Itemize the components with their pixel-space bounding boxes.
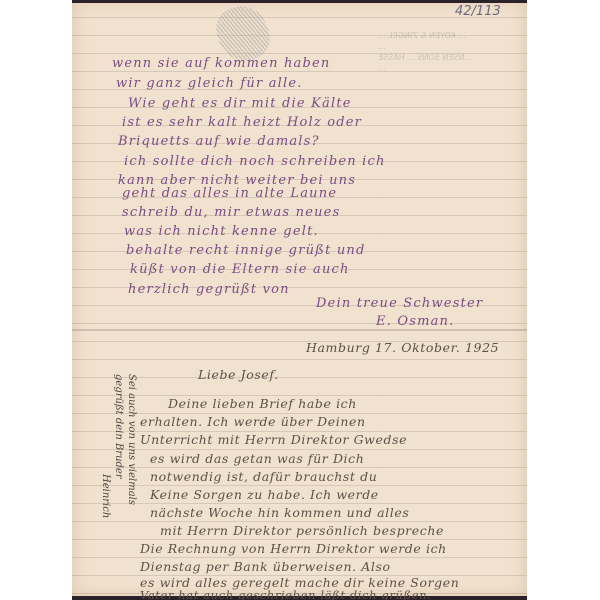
place-date: Hamburg 17. Oktober. 1925 bbox=[306, 340, 499, 355]
letter-line: Vater hat auch geschrieben läßt dich grü… bbox=[140, 588, 431, 600]
letter-line: was ich nicht kenne gelt. bbox=[124, 224, 319, 239]
letter-line: erhalten. Ich werde über Deinen bbox=[140, 414, 366, 429]
letterhead-line: ... bbox=[378, 41, 508, 52]
letter-line: Wie geht es dir mit die Kälte bbox=[128, 96, 352, 111]
letter-line: küßt von die Eltern sie auch bbox=[130, 262, 350, 277]
letter-line: Dienstag per Bank überweisen. Also bbox=[140, 559, 391, 574]
letter-line: ich sollte dich noch schreiben ich bbox=[124, 154, 386, 169]
letterhead-line: ... KOYEN & ZINGEL ... bbox=[378, 30, 508, 41]
letter-line: mit Herrn Direktor persönlich bespreche bbox=[160, 523, 444, 538]
margin-note-signature: Heinrich bbox=[99, 374, 112, 544]
letter-line: behalte recht innige grüßt und bbox=[126, 243, 366, 258]
letter-line: ist es sehr kalt heizt Holz oder bbox=[122, 115, 362, 130]
letter-line: schreib du, mir etwas neues bbox=[122, 205, 340, 220]
letterhead-line: ... bbox=[378, 63, 508, 74]
letter-line: es wird das getan was für Dich bbox=[150, 451, 364, 466]
margin-note-line: gegrüßt dein Bruder bbox=[112, 374, 125, 544]
letterhead-line: ...NSEN SONS ... HASSE bbox=[378, 52, 508, 63]
letter-line: geht das alles in alte Laune bbox=[122, 186, 337, 201]
letter-line: Deine lieben Brief habe ich bbox=[168, 396, 357, 411]
page-top-edge bbox=[72, 0, 527, 3]
letter-line: nächste Woche hin kommen und alles bbox=[150, 505, 409, 520]
letter-signature: E. Osman. bbox=[376, 314, 454, 329]
mirrored-letterhead: ... KOYEN & ZINGEL ... ... ...NSEN SONS … bbox=[378, 30, 508, 74]
letter-line: Unterricht mit Herrn Direktor Gwedse bbox=[140, 432, 407, 447]
letter-line: Die Rechnung von Herrn Direktor werde ic… bbox=[140, 541, 447, 556]
letter-line: Briquetts auf wie damals? bbox=[118, 134, 320, 149]
letter-line: wenn sie auf kommen haben bbox=[112, 56, 331, 71]
letter-line: herzlich gegrüßt von bbox=[128, 282, 290, 297]
letter-line: Keine Sorgen zu habe. Ich werde bbox=[150, 487, 379, 502]
letter-line: notwendig ist, dafür brauchst du bbox=[150, 469, 377, 484]
letter-line: wir ganz gleich für alle. bbox=[116, 76, 303, 91]
margin-note-line: Sei auch von uns vielmals bbox=[125, 374, 138, 544]
archive-number: 42/113 bbox=[455, 4, 501, 19]
salutation: Liebe Josef. bbox=[198, 367, 279, 382]
paper-fold-line bbox=[72, 329, 527, 331]
margin-note: Sei auch von uns vielmals gegrüßt dein B… bbox=[78, 374, 138, 544]
letter-closing: Dein treue Schwester bbox=[316, 296, 483, 311]
